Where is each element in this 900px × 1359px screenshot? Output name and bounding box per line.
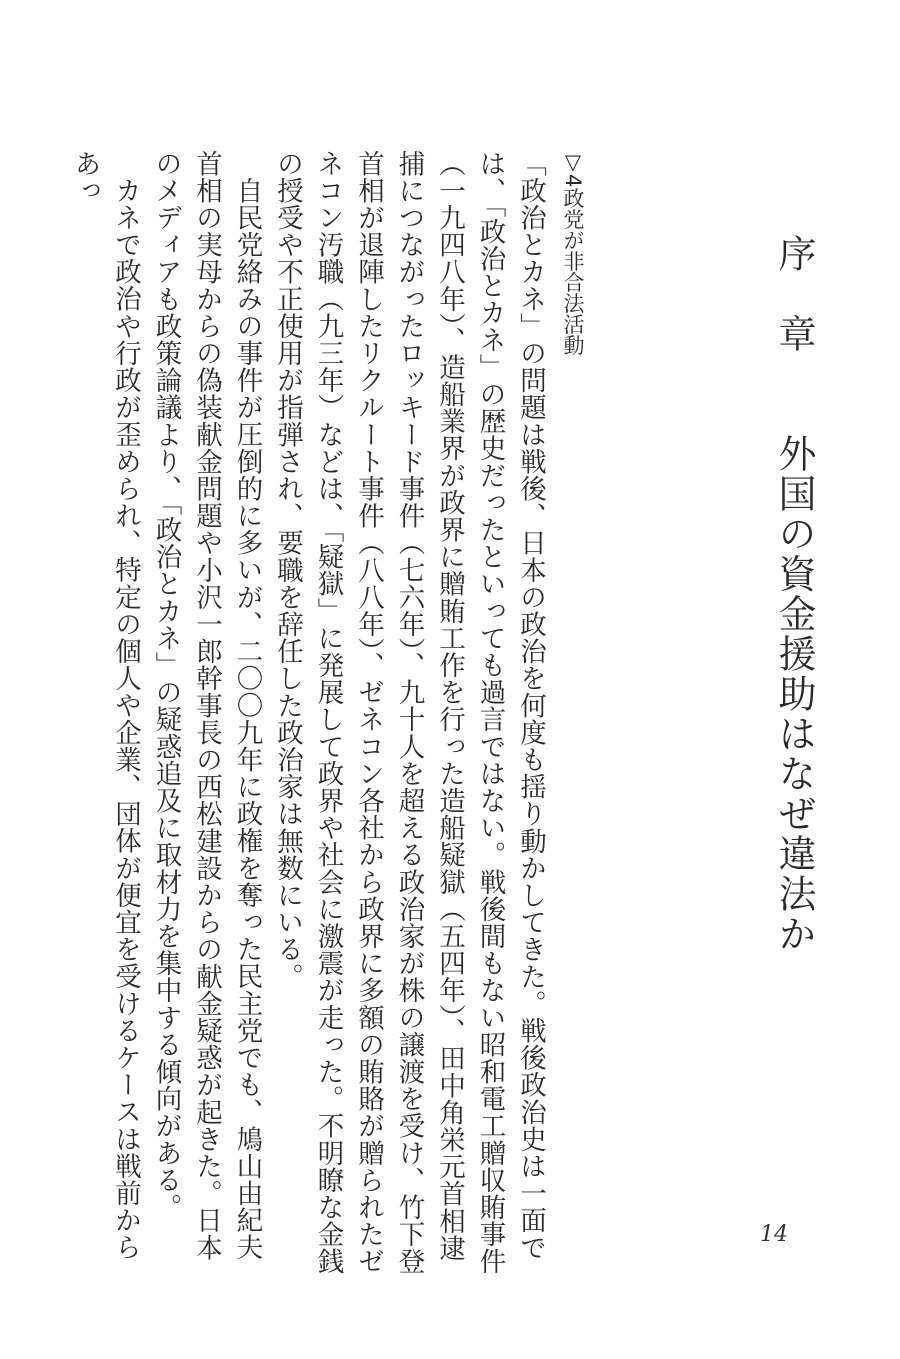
paragraph-1: 「政治とカネ」の問題は戦後、日本の政治を何度も揺り動かしてきた。戦後政治史は一面…	[267, 150, 551, 1280]
triangle-marker-icon: ▽	[561, 150, 585, 174]
paragraph-3: カネで政治や行政が歪められ、特定の個人や企業、団体が便宜を受けるケースは戦前から…	[64, 150, 145, 1280]
section-heading: ▽4政党が非合法活動	[556, 150, 590, 510]
chapter-title-text: 外国の資金援助はなぜ違法か	[772, 434, 816, 954]
section-heading-text: 4政党が非合法活動	[561, 174, 585, 355]
chapter-label: 序 章	[772, 234, 816, 354]
paragraph-2: 自民党絡みの事件が圧倒的に多いが、二〇〇九年に政権を奪った民主党でも、鳩山由紀夫…	[145, 150, 267, 1280]
chapter-title: 序 章外国の資金援助はなぜ違法か	[744, 234, 844, 954]
page-number: 14	[760, 1222, 788, 1247]
book-page: 序 章外国の資金援助はなぜ違法か ▽4政党が非合法活動 「政治とカネ」の問題は戦…	[0, 0, 900, 1359]
body-text: 「政治とカネ」の問題は戦後、日本の政治を何度も揺り動かしてきた。戦後政治史は一面…	[82, 150, 550, 1280]
